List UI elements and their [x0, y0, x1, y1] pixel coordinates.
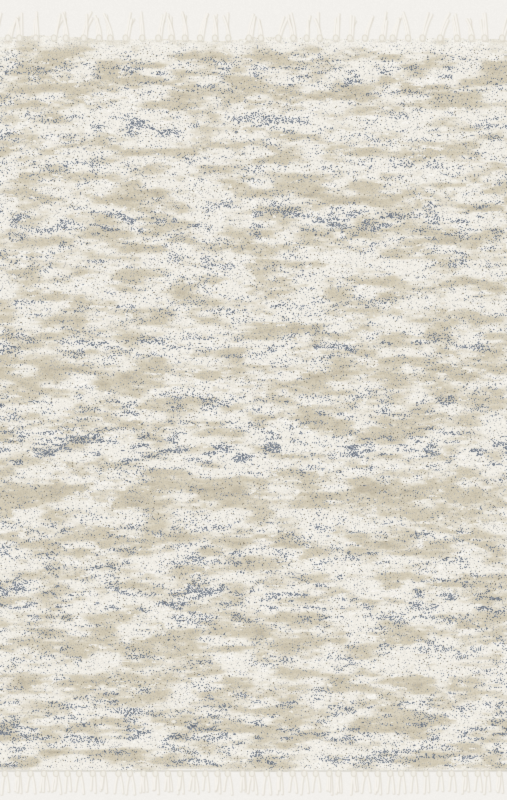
rug-product-photo [0, 0, 507, 800]
rug-image-canvas [0, 0, 507, 800]
